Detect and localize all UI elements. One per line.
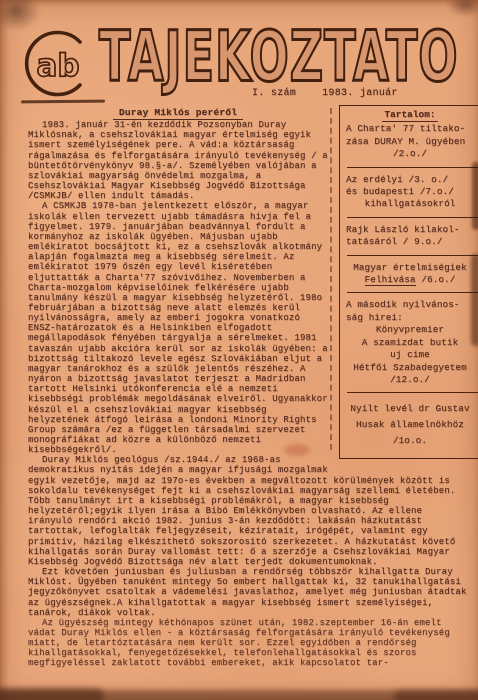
- toc-page-ref: /12.o./: [346, 374, 474, 386]
- scan-artifact: [0, 688, 104, 700]
- scanned-bulletin-page: ab TAJEKOZTATO I. szám1983. január Tarta…: [0, 0, 478, 700]
- toc-page-ref: /6.o./: [421, 274, 455, 285]
- toc-line: Az erdélyi /3. o./: [346, 174, 474, 186]
- table-of-contents: Tartalom: A Charta' 77 tiltako- zása DUR…: [339, 105, 478, 459]
- toc-item: A második nyilvános- ság hirei: Könyvpre…: [346, 299, 474, 386]
- toc-line: és budapesti /7.o./: [346, 186, 474, 198]
- logo-monogram: ab: [36, 48, 79, 84]
- toc-item: Az erdélyi /3. o./ és budapesti /7.o./ k…: [346, 174, 474, 211]
- article-body: Tartalom: A Charta' 77 tiltako- zása DUR…: [0, 100, 478, 669]
- article-paragraph: Az ügyészség mintegy kéthónapos szünet u…: [28, 618, 472, 669]
- toc-line: A Charta' 77 tiltako-: [346, 123, 474, 135]
- toc-item: Rajk László kilakol- tatásáról / 9.o./: [346, 224, 474, 249]
- toc-line: A második nyilvános-: [346, 299, 474, 311]
- toc-line: ság hirei:: [346, 312, 474, 324]
- issue-line: I. szám1983. január: [252, 88, 398, 99]
- toc-line: Magyar értelmiségiek: [346, 262, 474, 274]
- toc-item: Magyar értelmiségiek Felhivása /6.o./: [346, 262, 474, 287]
- toc-divider: [347, 217, 478, 218]
- toc-item: A Charta' 77 tiltako- zása DURAY M. ügyé…: [346, 123, 474, 160]
- toc-line: Nyilt levél dr Gustav: [346, 401, 474, 417]
- toc-line: zása DURAY M. ügyében: [346, 136, 474, 148]
- issue-date: 1983. január: [322, 88, 398, 99]
- publication-title: TAJEKOZTATO: [99, 23, 459, 93]
- toc-line: Felhivása /6.o./: [346, 274, 474, 286]
- toc-item: Nyilt levél dr Gustav Husak államelnökhö…: [346, 401, 474, 448]
- toc-page-ref: /1o.o.: [346, 433, 474, 449]
- toc-line: Könyvpremier: [346, 324, 474, 336]
- scan-artifact: [394, 690, 478, 700]
- toc-divider: [347, 255, 478, 256]
- toc-link: Felhivása: [365, 274, 416, 286]
- toc-line: A szamizdat butik: [346, 337, 474, 349]
- toc-divider: [347, 292, 478, 293]
- toc-heading: Tartalom:: [346, 109, 474, 121]
- toc-line: uj cime: [346, 349, 474, 361]
- toc-line: Rajk László kilakol-: [346, 224, 474, 236]
- ab-publisher-logo-icon: ab: [17, 25, 101, 103]
- toc-divider: [347, 392, 478, 393]
- scan-artifact: [0, 690, 478, 700]
- toc-line: Husak államelnökhöz: [346, 417, 474, 433]
- masthead: ab TAJEKOZTATO I. szám1983. január: [0, 0, 478, 100]
- issue-number: I. szám: [252, 88, 296, 99]
- toc-divider: [347, 167, 478, 168]
- article-paragraph: Duray Miklós geológus /sz.1944./ az 1968…: [28, 455, 472, 567]
- toc-line: Hétfői Szabadegyetem: [346, 362, 474, 374]
- toc-line: tatásáról / 9.o./: [346, 236, 474, 248]
- toc-line: kihallgatásokról: [346, 198, 474, 210]
- toc-page-ref: /2.o./: [346, 148, 474, 160]
- article-paragraph: Ezt követően juniusban és juliusban a re…: [28, 567, 472, 618]
